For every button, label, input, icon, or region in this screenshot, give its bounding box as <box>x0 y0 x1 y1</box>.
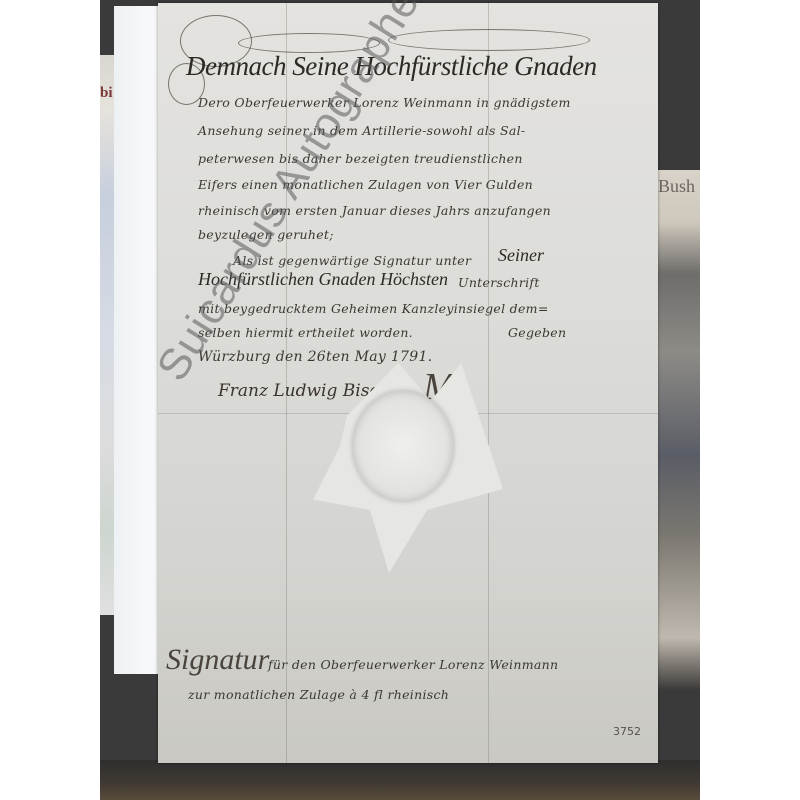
body-line: peterwesen bis daher bezeigten treudiens… <box>198 151 523 166</box>
date-line: Würzburg den 26ten May 1791. <box>198 349 432 365</box>
document-sheet: Demnach Seine Hochfürstliche Gnaden Dero… <box>158 3 658 763</box>
newspaper-right <box>655 170 700 690</box>
photo-background: bi Bush Demnach Seine Hochfürstliche Gna… <box>100 0 700 800</box>
archive-number: 3752 <box>613 725 641 738</box>
body-line: Dero Oberfeuerwerker Lorenz Weinmann in … <box>198 95 571 110</box>
para2-line: mit beygedrucktem Geheimen Kanzleyinsieg… <box>198 301 549 316</box>
given-word: Gegeben <box>508 325 566 340</box>
footer-line1: für den Oberfeuerwerker Lorenz Weinmann <box>268 657 558 672</box>
para2-line: selben hiermit ertheilet worden. <box>198 325 413 340</box>
footer-title: Signatur <box>166 643 269 677</box>
fold-line <box>488 3 489 763</box>
flourish-ornament <box>388 29 590 51</box>
para2-line2-rest: Unterschrift <box>458 275 540 290</box>
body-line: Ansehung seiner in dem Artillerie-sowohl… <box>198 123 525 138</box>
para2-line1-emph: Seiner <box>498 245 544 266</box>
newspaper-right-title: Bush <box>658 176 695 197</box>
footer-line2: zur monatlichen Zulage à 4 fl rheinisch <box>188 687 449 702</box>
body-line: Eifers einen monatlichen Zulagen von Vie… <box>198 177 533 192</box>
table-edge <box>100 760 700 800</box>
embossed-seal <box>353 391 453 501</box>
